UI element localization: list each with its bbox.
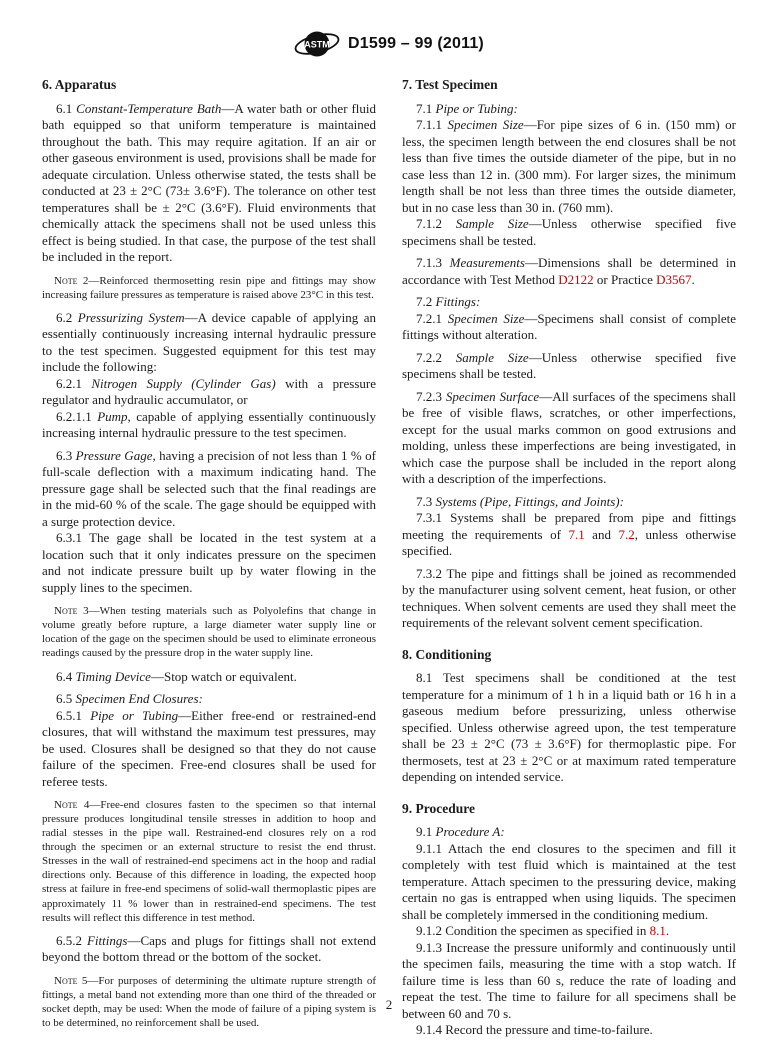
- italic-term: Measurements: [450, 255, 525, 270]
- section-heading: 6. Apparatus: [42, 76, 376, 94]
- text-run: 6. Apparatus: [42, 77, 116, 92]
- italic-term: Specimen End Closures:: [76, 691, 203, 706]
- italic-term: Pressurizing System: [78, 310, 185, 325]
- italic-term: Specimen Size: [447, 117, 523, 132]
- italic-term: Fittings: [87, 933, 127, 948]
- paragraph: 6.5.2 Fittings—Caps and plugs for fittin…: [42, 933, 376, 966]
- section-heading: 9. Procedure: [402, 800, 736, 818]
- text-run: 7.1.1: [416, 117, 447, 132]
- text-run: or Practice: [594, 272, 656, 287]
- italic-term: Systems (Pipe, Fittings, and Joints):: [436, 494, 624, 509]
- paragraph: 7.2 Fittings:: [402, 294, 736, 311]
- text-run: 6.5.1: [56, 708, 90, 723]
- text-run: 9.1.1 Attach the end closures to the spe…: [402, 841, 736, 922]
- text-run: —A water bath or other fluid bath equipp…: [42, 101, 376, 265]
- paragraph: 9.1.2 Condition the specimen as specifie…: [402, 923, 736, 940]
- italic-term: Nitrogen Supply (Cylinder Gas): [91, 376, 275, 391]
- paragraph: 6.3 Pressure Gage, having a precision of…: [42, 448, 376, 531]
- text-run: 9. Procedure: [402, 801, 475, 816]
- paragraph: 7.3 Systems (Pipe, Fittings, and Joints)…: [402, 494, 736, 511]
- note-label: Note 5: [54, 975, 87, 987]
- text-run: .: [691, 272, 694, 287]
- paragraph: 7.1 Pipe or Tubing:: [402, 101, 736, 118]
- text-run: 7.2: [416, 294, 436, 309]
- text-run: —When testing materials such as Polyolef…: [42, 605, 376, 659]
- text-run: 6.5.2: [56, 933, 87, 948]
- italic-term: Timing Device: [76, 669, 151, 684]
- text-run: 8.1 Test specimens shall be conditioned …: [402, 670, 736, 784]
- paragraph: 6.2 Pressurizing System—A device capable…: [42, 310, 376, 376]
- paragraph: 6.5 Specimen End Closures:: [42, 691, 376, 708]
- italic-term: Pipe or Tubing:: [436, 101, 518, 116]
- note-label: Note 3: [54, 605, 89, 617]
- text-run: 6.1: [56, 101, 76, 116]
- paragraph: 7.2.3 Specimen Surface—All surfaces of t…: [402, 389, 736, 488]
- left-column: 6. Apparatus6.1 Constant-Temperature Bat…: [42, 76, 376, 1039]
- text-run: 6.4: [56, 669, 76, 684]
- paragraph: 8.1 Test specimens shall be conditioned …: [402, 670, 736, 786]
- text-run: 6.2: [56, 310, 78, 325]
- paragraph: 9.1 Procedure A:: [402, 824, 736, 841]
- paragraph: 7.2.1 Specimen Size—Specimens shall cons…: [402, 311, 736, 344]
- text-run: 7.1: [416, 101, 436, 116]
- paragraph: 9.1.1 Attach the end closures to the spe…: [402, 841, 736, 924]
- text-run: 7. Test Specimen: [402, 77, 498, 92]
- italic-term: Pipe or Tubing: [90, 708, 178, 723]
- reference-link[interactable]: 8.1: [650, 923, 666, 938]
- document-page: ASTM D1599 – 99 (2011) 6. Apparatus6.1 C…: [0, 0, 778, 1041]
- text-run: —Stop watch or equivalent.: [151, 669, 297, 684]
- text-run: 9.1.4 Record the pressure and time-to-fa…: [416, 1022, 653, 1037]
- italic-term: Fittings:: [436, 294, 481, 309]
- text-run: 7.2.3: [416, 389, 446, 404]
- text-run: and: [585, 527, 619, 542]
- text-run: 6.2.1: [56, 376, 91, 391]
- italic-term: Specimen Size: [448, 311, 525, 326]
- text-run: 6.5: [56, 691, 76, 706]
- reference-link[interactable]: D3567: [656, 272, 691, 287]
- note-label: Note 4: [54, 799, 89, 811]
- paragraph: 9.1.4 Record the pressure and time-to-fa…: [402, 1022, 736, 1039]
- note-label: Note 2: [54, 275, 88, 287]
- text-run: —Free-end closures fasten to the specime…: [42, 799, 376, 924]
- text-run: 7.3: [416, 494, 436, 509]
- paragraph: 6.1 Constant-Temperature Bath—A water ba…: [42, 101, 376, 266]
- paragraph: 7.1.3 Measurements—Dimensions shall be d…: [402, 255, 736, 288]
- page-number: 2: [0, 997, 778, 1013]
- reference-link[interactable]: 7.2: [618, 527, 634, 542]
- astm-logo-icon: ASTM: [294, 28, 340, 60]
- text-run: 7.2.1: [416, 311, 448, 326]
- paragraph: 7.2.2 Sample Size—Unless otherwise speci…: [402, 350, 736, 383]
- section-heading: 7. Test Specimen: [402, 76, 736, 94]
- paragraph: 6.2.1.1 Pump, capable of applying essent…: [42, 409, 376, 442]
- section-heading: 8. Conditioning: [402, 646, 736, 664]
- paragraph: 6.4 Timing Device—Stop watch or equivale…: [42, 669, 376, 686]
- text-run: 7.1.2: [416, 216, 456, 231]
- text-run: 9.1: [416, 824, 436, 839]
- right-column: 7. Test Specimen7.1 Pipe or Tubing:7.1.1…: [402, 76, 736, 1039]
- text-run: .: [666, 923, 669, 938]
- italic-term: Pressure Gage: [76, 448, 153, 463]
- text-run: 7.2.2: [416, 350, 456, 365]
- text-run: 7.1.3: [416, 255, 450, 270]
- text-run: 7.3.2 The pipe and fittings shall be joi…: [402, 566, 736, 631]
- italic-term: Sample Size: [456, 350, 529, 365]
- text-run: 6.3: [56, 448, 76, 463]
- text-run: —Reinforced thermosetting resin pipe and…: [42, 275, 376, 301]
- paragraph: 7.3.2 The pipe and fittings shall be joi…: [402, 566, 736, 632]
- paragraph: 7.1.1 Specimen Size—For pipe sizes of 6 …: [402, 117, 736, 216]
- text-run: 8. Conditioning: [402, 647, 491, 662]
- two-column-body: 6. Apparatus6.1 Constant-Temperature Bat…: [0, 60, 778, 1039]
- note-paragraph: Note 3—When testing materials such as Po…: [42, 604, 376, 660]
- text-run: 6.2.1.1: [56, 409, 97, 424]
- astm-logo-text: ASTM: [304, 40, 330, 50]
- text-run: 9.1.2 Condition the specimen as specifie…: [416, 923, 650, 938]
- paragraph: 7.3.1 Systems shall be prepared from pip…: [402, 510, 736, 560]
- paragraph: 7.1.2 Sample Size—Unless otherwise speci…: [402, 216, 736, 249]
- paragraph: 6.5.1 Pipe or Tubing—Either free-end or …: [42, 708, 376, 791]
- text-run: 6.3.1 The gage shall be located in the t…: [42, 530, 376, 595]
- italic-term: Procedure A:: [436, 824, 505, 839]
- reference-link[interactable]: D2122: [558, 272, 593, 287]
- italic-term: Sample Size: [456, 216, 529, 231]
- note-paragraph: Note 4—Free-end closures fasten to the s…: [42, 798, 376, 925]
- note-paragraph: Note 2—Reinforced thermosetting resin pi…: [42, 274, 376, 302]
- italic-term: Pump: [97, 409, 127, 424]
- italic-term: Specimen Surface: [446, 389, 539, 404]
- reference-link[interactable]: 7.1: [568, 527, 584, 542]
- document-header: ASTM D1599 – 99 (2011): [0, 0, 778, 60]
- paragraph: 6.2.1 Nitrogen Supply (Cylinder Gas) wit…: [42, 376, 376, 409]
- paragraph: 6.3.1 The gage shall be located in the t…: [42, 530, 376, 596]
- doc-title: D1599 – 99 (2011): [348, 35, 484, 53]
- italic-term: Constant-Temperature Bath: [76, 101, 221, 116]
